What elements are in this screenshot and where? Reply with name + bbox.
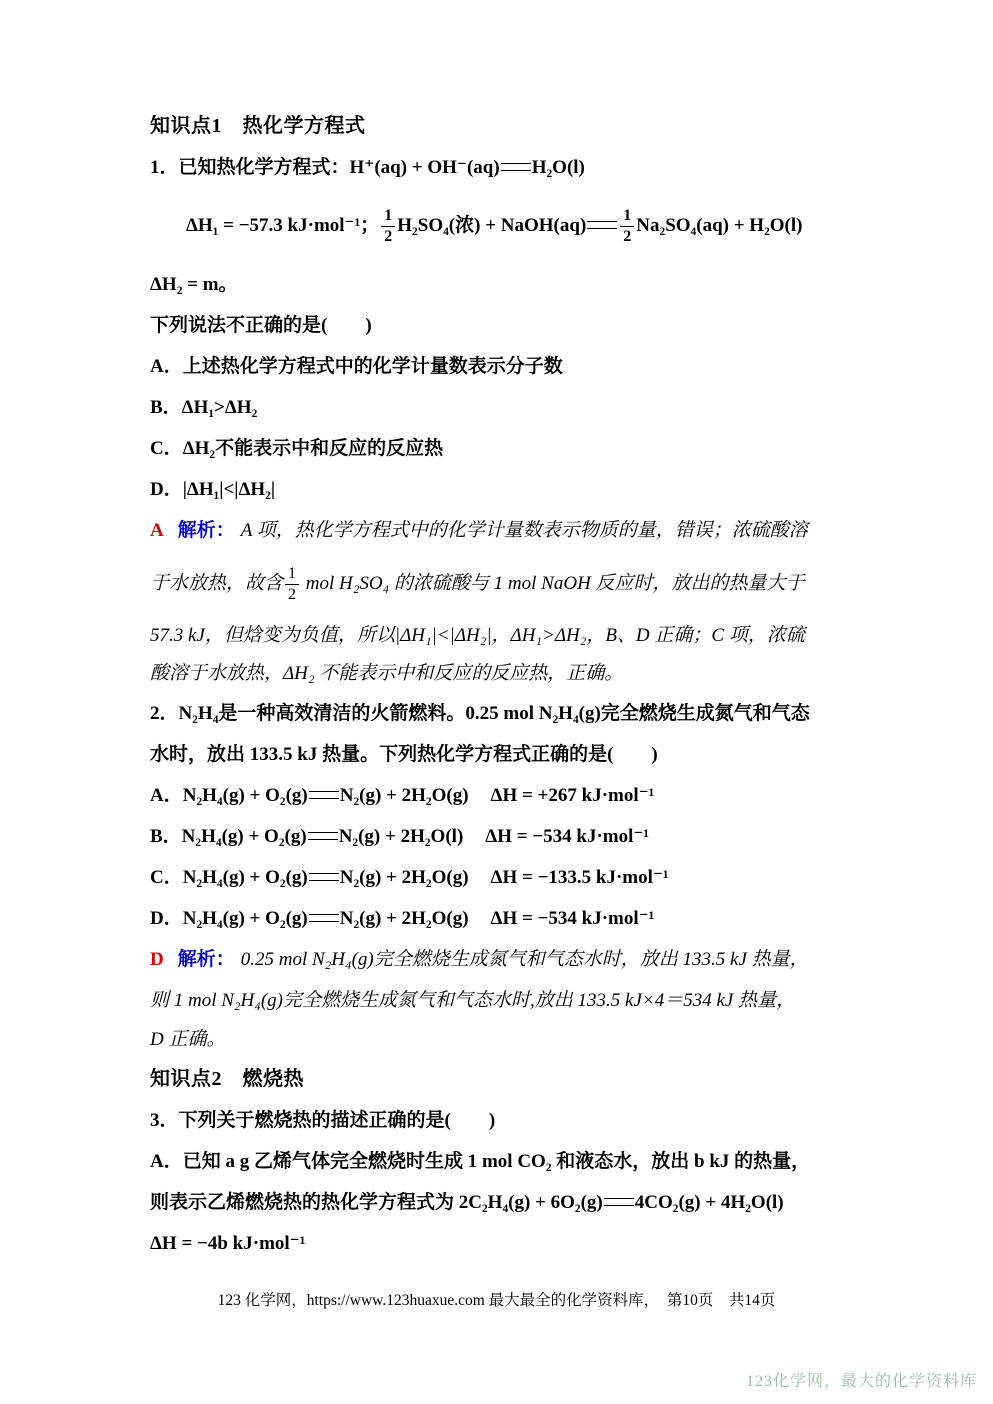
- option-delta-h: ΔH = −534 kJ·mol⁻¹: [485, 826, 649, 847]
- option-equation-lhs: D．N₂H₄(g) + O₂(g): [150, 908, 308, 929]
- option-delta-h: ΔH = +267 kJ·mol⁻¹: [491, 785, 655, 806]
- answer-1-line-4: 酸溶于水放热，ΔH₂ 不能表示中和反应的反应热，正确。: [150, 655, 860, 693]
- answer-1-line-2: 于水放热，故含12 mol H₂SO₄ 的浓硫酸与 1 mol NaOH 反应时…: [150, 551, 860, 617]
- one-half-fraction: 12: [620, 207, 634, 246]
- question-2-option-c: C．N₂H₄(g) + O₂(g)N₂(g) + 2H₂O(g)ΔH = −13…: [150, 857, 860, 898]
- question-3-option-a-line-1: A．已知 a g 乙烯气体完全燃烧时生成 1 mol CO₂ 和液态水，放出 b…: [150, 1141, 860, 1182]
- fraction-denominator: 2: [620, 227, 634, 246]
- knowledge-point-1-heading: 知识点1 热化学方程式: [150, 106, 860, 147]
- question-1-option-a: A．上述热化学方程式中的化学计量数表示分子数: [150, 346, 860, 387]
- answer-2-letter: D: [150, 949, 164, 970]
- answer-1-text-1: A 项，热化学方程式中的化学计量数表示物质的量，错误；浓硫酸溶: [241, 520, 808, 541]
- option-delta-h: ΔH = −534 kJ·mol⁻¹: [491, 908, 655, 929]
- fraction-denominator: 2: [285, 585, 299, 604]
- combustion-equation-rhs: 4CO₂(g) + 4H₂O(l): [635, 1192, 784, 1213]
- combustion-equation-lhs: 则表示乙烯燃烧热的热化学方程式为 2C₂H₄(g) + 6O₂(g): [150, 1192, 603, 1213]
- answer-1-text-2a: 于水放热，故含: [150, 573, 283, 594]
- question-1-intro-text: 1．已知热化学方程式：: [150, 157, 350, 178]
- question-2-option-a: A．N₂H₄(g) + O₂(g)N₂(g) + 2H₂O(g)ΔH = +26…: [150, 775, 860, 816]
- option-equation-rhs: N₂(g) + 2H₂O(g): [340, 908, 469, 929]
- content-area: 知识点1 热化学方程式 1．已知热化学方程式：H⁺(aq) + OH⁻(aq)H…: [150, 106, 860, 1264]
- answer-2-analysis-tag: 解析：: [178, 949, 235, 970]
- neutralization-lhs: H₂SO₄(浓) + NaOH(aq): [397, 215, 586, 236]
- fraction-denominator: 2: [381, 227, 395, 246]
- answer-2-text-1: 0.25 mol N₂H₄(g)完全燃烧生成氮气和气态水时，放出 133.5 k…: [241, 949, 809, 970]
- chemical-equals-icon: [309, 873, 339, 881]
- answer-1-line-3: 57.3 kJ，但焓变为负值，所以|ΔH₁|<|ΔH₂|，ΔH₁>ΔH₂，B、D…: [150, 617, 860, 655]
- answer-1-analysis-tag: 解析：: [178, 520, 235, 541]
- answer-1-text-2b: mol H₂SO₄ 的浓硫酸与 1 mol NaOH 反应时，放出的热量大于: [301, 573, 805, 594]
- question-2-option-b: B．N₂H₄(g) + O₂(g)N₂(g) + 2H₂O(l)ΔH = −53…: [150, 816, 860, 857]
- question-1-option-b: B．ΔH₁>ΔH₂: [150, 387, 860, 428]
- chemical-equals-icon: [604, 1198, 634, 1206]
- option-equation-lhs: A．N₂H₄(g) + O₂(g): [150, 785, 308, 806]
- chemical-equals-icon: [308, 832, 338, 840]
- one-half-fraction: 12: [285, 565, 299, 604]
- answer-2-line-2: 则 1 mol N₂H₄(g)完全燃烧生成氮气和气态水时,放出 133.5 kJ…: [150, 980, 860, 1021]
- delta-h2-value: ΔH₂ = m。: [150, 264, 860, 305]
- question-1-intro: 1．已知热化学方程式：H⁺(aq) + OH⁻(aq)H₂O(l): [150, 147, 860, 188]
- knowledge-point-2-heading: 知识点2 燃烧热: [150, 1059, 860, 1100]
- option-equation-lhs: C．N₂H₄(g) + O₂(g): [150, 867, 308, 888]
- answer-2-line-3: D 正确。: [150, 1021, 860, 1059]
- chemical-equals-icon: [309, 791, 339, 799]
- question-1-equation-line: ΔH₁ = −57.3 kJ·mol⁻¹；12H₂SO₄(浓) + NaOH(a…: [150, 188, 860, 264]
- answer-1-letter: A: [150, 520, 164, 541]
- watermark: 123化学网，最大的化学资料库: [746, 1368, 977, 1391]
- question-1-option-d: D．|ΔH₁|<|ΔH₂|: [150, 469, 860, 510]
- question-3-option-a-line-3: ΔH = −4b kJ·mol⁻¹: [150, 1223, 860, 1264]
- question-2-option-d: D．N₂H₄(g) + O₂(g)N₂(g) + 2H₂O(g)ΔH = −53…: [150, 898, 860, 939]
- question-2-line-2: 水时，放出 133.5 kJ 热量。下列热化学方程式正确的是( ): [150, 734, 860, 775]
- delta-h1-value: ΔH₁ = −57.3 kJ·mol⁻¹；: [186, 215, 379, 236]
- question-1-option-c: C．ΔH₂不能表示中和反应的反应热: [150, 428, 860, 469]
- neutralization-rhs: Na₂SO₄(aq) + H₂O(l): [636, 215, 802, 236]
- option-equation-lhs: B．N₂H₄(g) + O₂(g): [150, 826, 307, 847]
- document-page: 知识点1 热化学方程式 1．已知热化学方程式：H⁺(aq) + OH⁻(aq)H…: [0, 0, 993, 1404]
- question-2-line-1: 2．N₂H₄是一种高效清洁的火箭燃料。0.25 mol N₂H₄(g)完全燃烧生…: [150, 693, 860, 734]
- ionic-equation-rhs: H₂O(l): [532, 157, 585, 178]
- one-half-fraction: 12: [381, 207, 395, 246]
- answer-1-line-1: A解析：A 项，热化学方程式中的化学计量数表示物质的量，错误；浓硫酸溶: [150, 510, 860, 551]
- page-footer: 123 化学网，https://www.123huaxue.com 最大最全的化…: [0, 1288, 993, 1310]
- ionic-equation-lhs: H⁺(aq) + OH⁻(aq): [350, 157, 500, 178]
- fraction-numerator: 1: [620, 207, 634, 227]
- question-3-stem: 3．下列关于燃烧热的描述正确的是( ): [150, 1100, 860, 1141]
- option-delta-h: ΔH = −133.5 kJ·mol⁻¹: [491, 867, 669, 888]
- option-equation-rhs: N₂(g) + 2H₂O(l): [339, 826, 464, 847]
- option-equation-rhs: N₂(g) + 2H₂O(g): [340, 867, 469, 888]
- answer-2-line-1: D解析：0.25 mol N₂H₄(g)完全燃烧生成氮气和气态水时，放出 133…: [150, 939, 860, 980]
- fraction-numerator: 1: [285, 565, 299, 585]
- question-1-stem: 下列说法不正确的是( ): [150, 305, 860, 346]
- fraction-numerator: 1: [381, 207, 395, 227]
- option-equation-rhs: N₂(g) + 2H₂O(g): [340, 785, 469, 806]
- chemical-equals-icon: [309, 914, 339, 922]
- question-3-option-a-line-2: 则表示乙烯燃烧热的热化学方程式为 2C₂H₄(g) + 6O₂(g)4CO₂(g…: [150, 1182, 860, 1223]
- chemical-equals-icon: [501, 163, 531, 171]
- chemical-equals-icon: [587, 221, 617, 229]
